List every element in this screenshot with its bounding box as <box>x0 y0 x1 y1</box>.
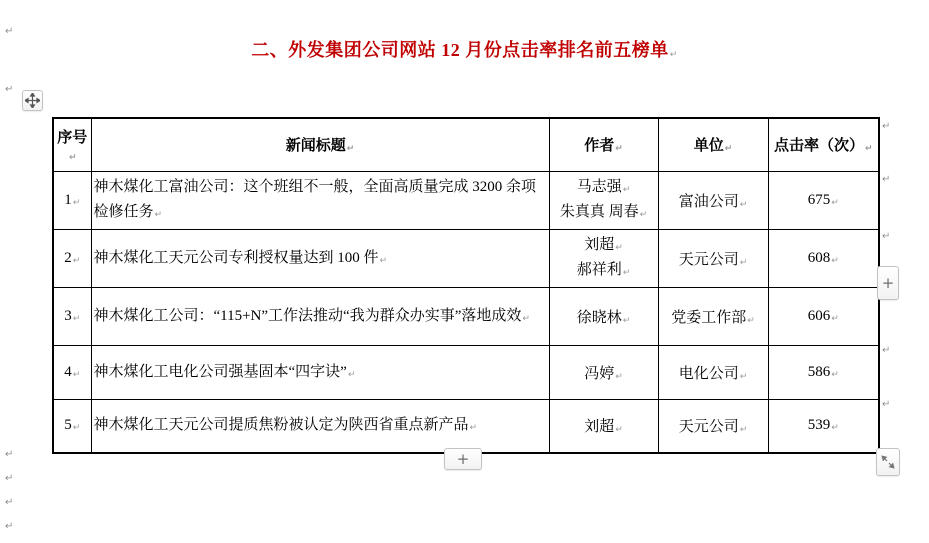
cell-author: 徐晓林↵ <box>549 287 658 345</box>
paragraph-mark: ↵ <box>623 316 631 326</box>
insert-column-button[interactable]: + <box>877 266 899 300</box>
cell-news-title: 神木煤化工公司：“115+N”工作法推动“我为群众办实事”落地成效↵ <box>91 287 549 345</box>
paragraph-mark: ↵ <box>615 372 623 382</box>
page-title-text: 二、外发集团公司网站 12 月份点击率排名前五榜单 <box>251 40 669 60</box>
paragraph-mark: ↵ <box>831 198 839 208</box>
paragraph-mark: ↵ <box>5 474 13 484</box>
table-resize-handle[interactable] <box>876 448 900 476</box>
plus-icon: + <box>457 452 470 467</box>
paragraph-mark: ↵ <box>740 425 748 435</box>
paragraph-mark: ↵ <box>623 185 631 195</box>
col-header-author: 作者↵ <box>549 118 658 171</box>
cell-clicks: 539↵ <box>768 399 879 453</box>
paragraph-mark: ↵ <box>522 314 530 324</box>
end-of-row-mark: ↵ <box>882 232 890 242</box>
paragraph-mark: ↵ <box>725 144 733 154</box>
end-of-row-mark: ↵ <box>882 346 890 356</box>
end-of-row-mark: ↵ <box>882 400 890 410</box>
cell-index: 2↵ <box>53 229 91 287</box>
paragraph-mark: ↵ <box>623 268 631 278</box>
cell-unit: 天元公司↵ <box>658 229 768 287</box>
cell-author: 刘超↵郝祥利↵ <box>549 229 658 287</box>
plus-icon: + <box>882 276 895 291</box>
paragraph-mark: ↵ <box>73 423 81 433</box>
table-row: 4↵ 神木煤化工电化公司强基固本“四字诀”↵ 冯婷↵ 电化公司↵ 586↵ <box>53 345 879 399</box>
table-row: 1↵ 神木煤化工富油公司：这个班组不一般，全面高质量完成 3200 余项检修任务… <box>53 171 879 229</box>
cell-clicks: 608↵ <box>768 229 879 287</box>
end-of-row-mark: ↵ <box>882 175 890 185</box>
cell-index: 4↵ <box>53 345 91 399</box>
paragraph-mark: ↵ <box>740 200 748 210</box>
paragraph-mark: ↵ <box>865 144 873 154</box>
paragraph-mark: ↵ <box>73 198 81 208</box>
paragraph-mark: ↵ <box>69 153 77 163</box>
table-row: 5↵ 神木煤化工天元公司提质焦粉被认定为陕西省重点新产品↵ 刘超↵ 天元公司↵ … <box>53 399 879 453</box>
paragraph-mark: ↵ <box>615 243 623 253</box>
paragraph-mark: ↵ <box>73 256 81 266</box>
cell-news-title: 神木煤化工富油公司：这个班组不一般，全面高质量完成 3200 余项检修任务↵ <box>91 171 549 229</box>
cell-unit: 电化公司↵ <box>658 345 768 399</box>
table-move-handle[interactable] <box>22 90 43 111</box>
paragraph-mark: ↵ <box>5 498 13 508</box>
paragraph-mark: ↵ <box>5 27 13 37</box>
paragraph-mark: ↵ <box>615 144 623 154</box>
cell-clicks: 675↵ <box>768 171 879 229</box>
paragraph-mark: ↵ <box>380 256 388 266</box>
paragraph-mark: ↵ <box>747 316 755 326</box>
cell-clicks: 586↵ <box>768 345 879 399</box>
cell-clicks: 606↵ <box>768 287 879 345</box>
insert-row-button[interactable]: + <box>444 448 482 470</box>
cell-index: 3↵ <box>53 287 91 345</box>
cell-unit: 富油公司↵ <box>658 171 768 229</box>
paragraph-mark: ↵ <box>831 370 839 380</box>
end-of-row-mark: ↵ <box>882 122 890 132</box>
cell-unit: 天元公司↵ <box>658 399 768 453</box>
paragraph-mark: ↵ <box>347 144 355 154</box>
move-icon <box>25 93 40 108</box>
paragraph-mark: ↵ <box>73 314 81 324</box>
paragraph-mark: ↵ <box>831 256 839 266</box>
paragraph-mark: ↵ <box>73 370 81 380</box>
paragraph-mark: ↵ <box>5 85 13 95</box>
col-header-index: 序号↵ <box>53 118 91 171</box>
cell-news-title: 神木煤化工电化公司强基固本“四字诀”↵ <box>91 345 549 399</box>
cell-author: 冯婷↵ <box>549 345 658 399</box>
page-title: 二、外发集团公司网站 12 月份点击率排名前五榜单↵ <box>0 36 929 62</box>
cell-news-title: 神木煤化工天元公司提质焦粉被认定为陕西省重点新产品↵ <box>91 399 549 453</box>
col-header-news-title: 新闻标题↵ <box>91 118 549 171</box>
paragraph-mark: ↵ <box>740 372 748 382</box>
paragraph-mark: ↵ <box>831 423 839 433</box>
cell-index: 5↵ <box>53 399 91 453</box>
paragraph-mark: ↵ <box>670 50 678 60</box>
paragraph-mark: ↵ <box>155 210 163 220</box>
table-row: 3↵ 神木煤化工公司：“115+N”工作法推动“我为群众办实事”落地成效↵ 徐晓… <box>53 287 879 345</box>
paragraph-mark: ↵ <box>470 423 478 433</box>
resize-diagonal-icon <box>881 455 895 469</box>
table-header-row: 序号↵ 新闻标题↵ 作者↵ 单位↵ 点击率（次）↵ <box>53 118 879 171</box>
cell-news-title: 神木煤化工天元公司专利授权量达到 100 件↵ <box>91 229 549 287</box>
paragraph-mark: ↵ <box>831 314 839 324</box>
ranking-table: 序号↵ 新闻标题↵ 作者↵ 单位↵ 点击率（次）↵ 1↵ 神木煤化工富油公司：这… <box>52 117 880 454</box>
cell-author: 马志强↵朱真真 周春↵ <box>549 171 658 229</box>
cell-unit: 党委工作部↵ <box>658 287 768 345</box>
cell-author: 刘超↵ <box>549 399 658 453</box>
paragraph-mark: ↵ <box>640 210 648 220</box>
paragraph-mark: ↵ <box>615 425 623 435</box>
cell-index: 1↵ <box>53 171 91 229</box>
paragraph-mark: ↵ <box>740 258 748 268</box>
col-header-clicks: 点击率（次）↵ <box>768 118 879 171</box>
col-header-unit: 单位↵ <box>658 118 768 171</box>
paragraph-mark: ↵ <box>5 522 13 532</box>
paragraph-mark: ↵ <box>348 370 356 380</box>
table-row: 2↵ 神木煤化工天元公司专利授权量达到 100 件↵ 刘超↵郝祥利↵ 天元公司↵… <box>53 229 879 287</box>
paragraph-mark: ↵ <box>5 450 13 460</box>
